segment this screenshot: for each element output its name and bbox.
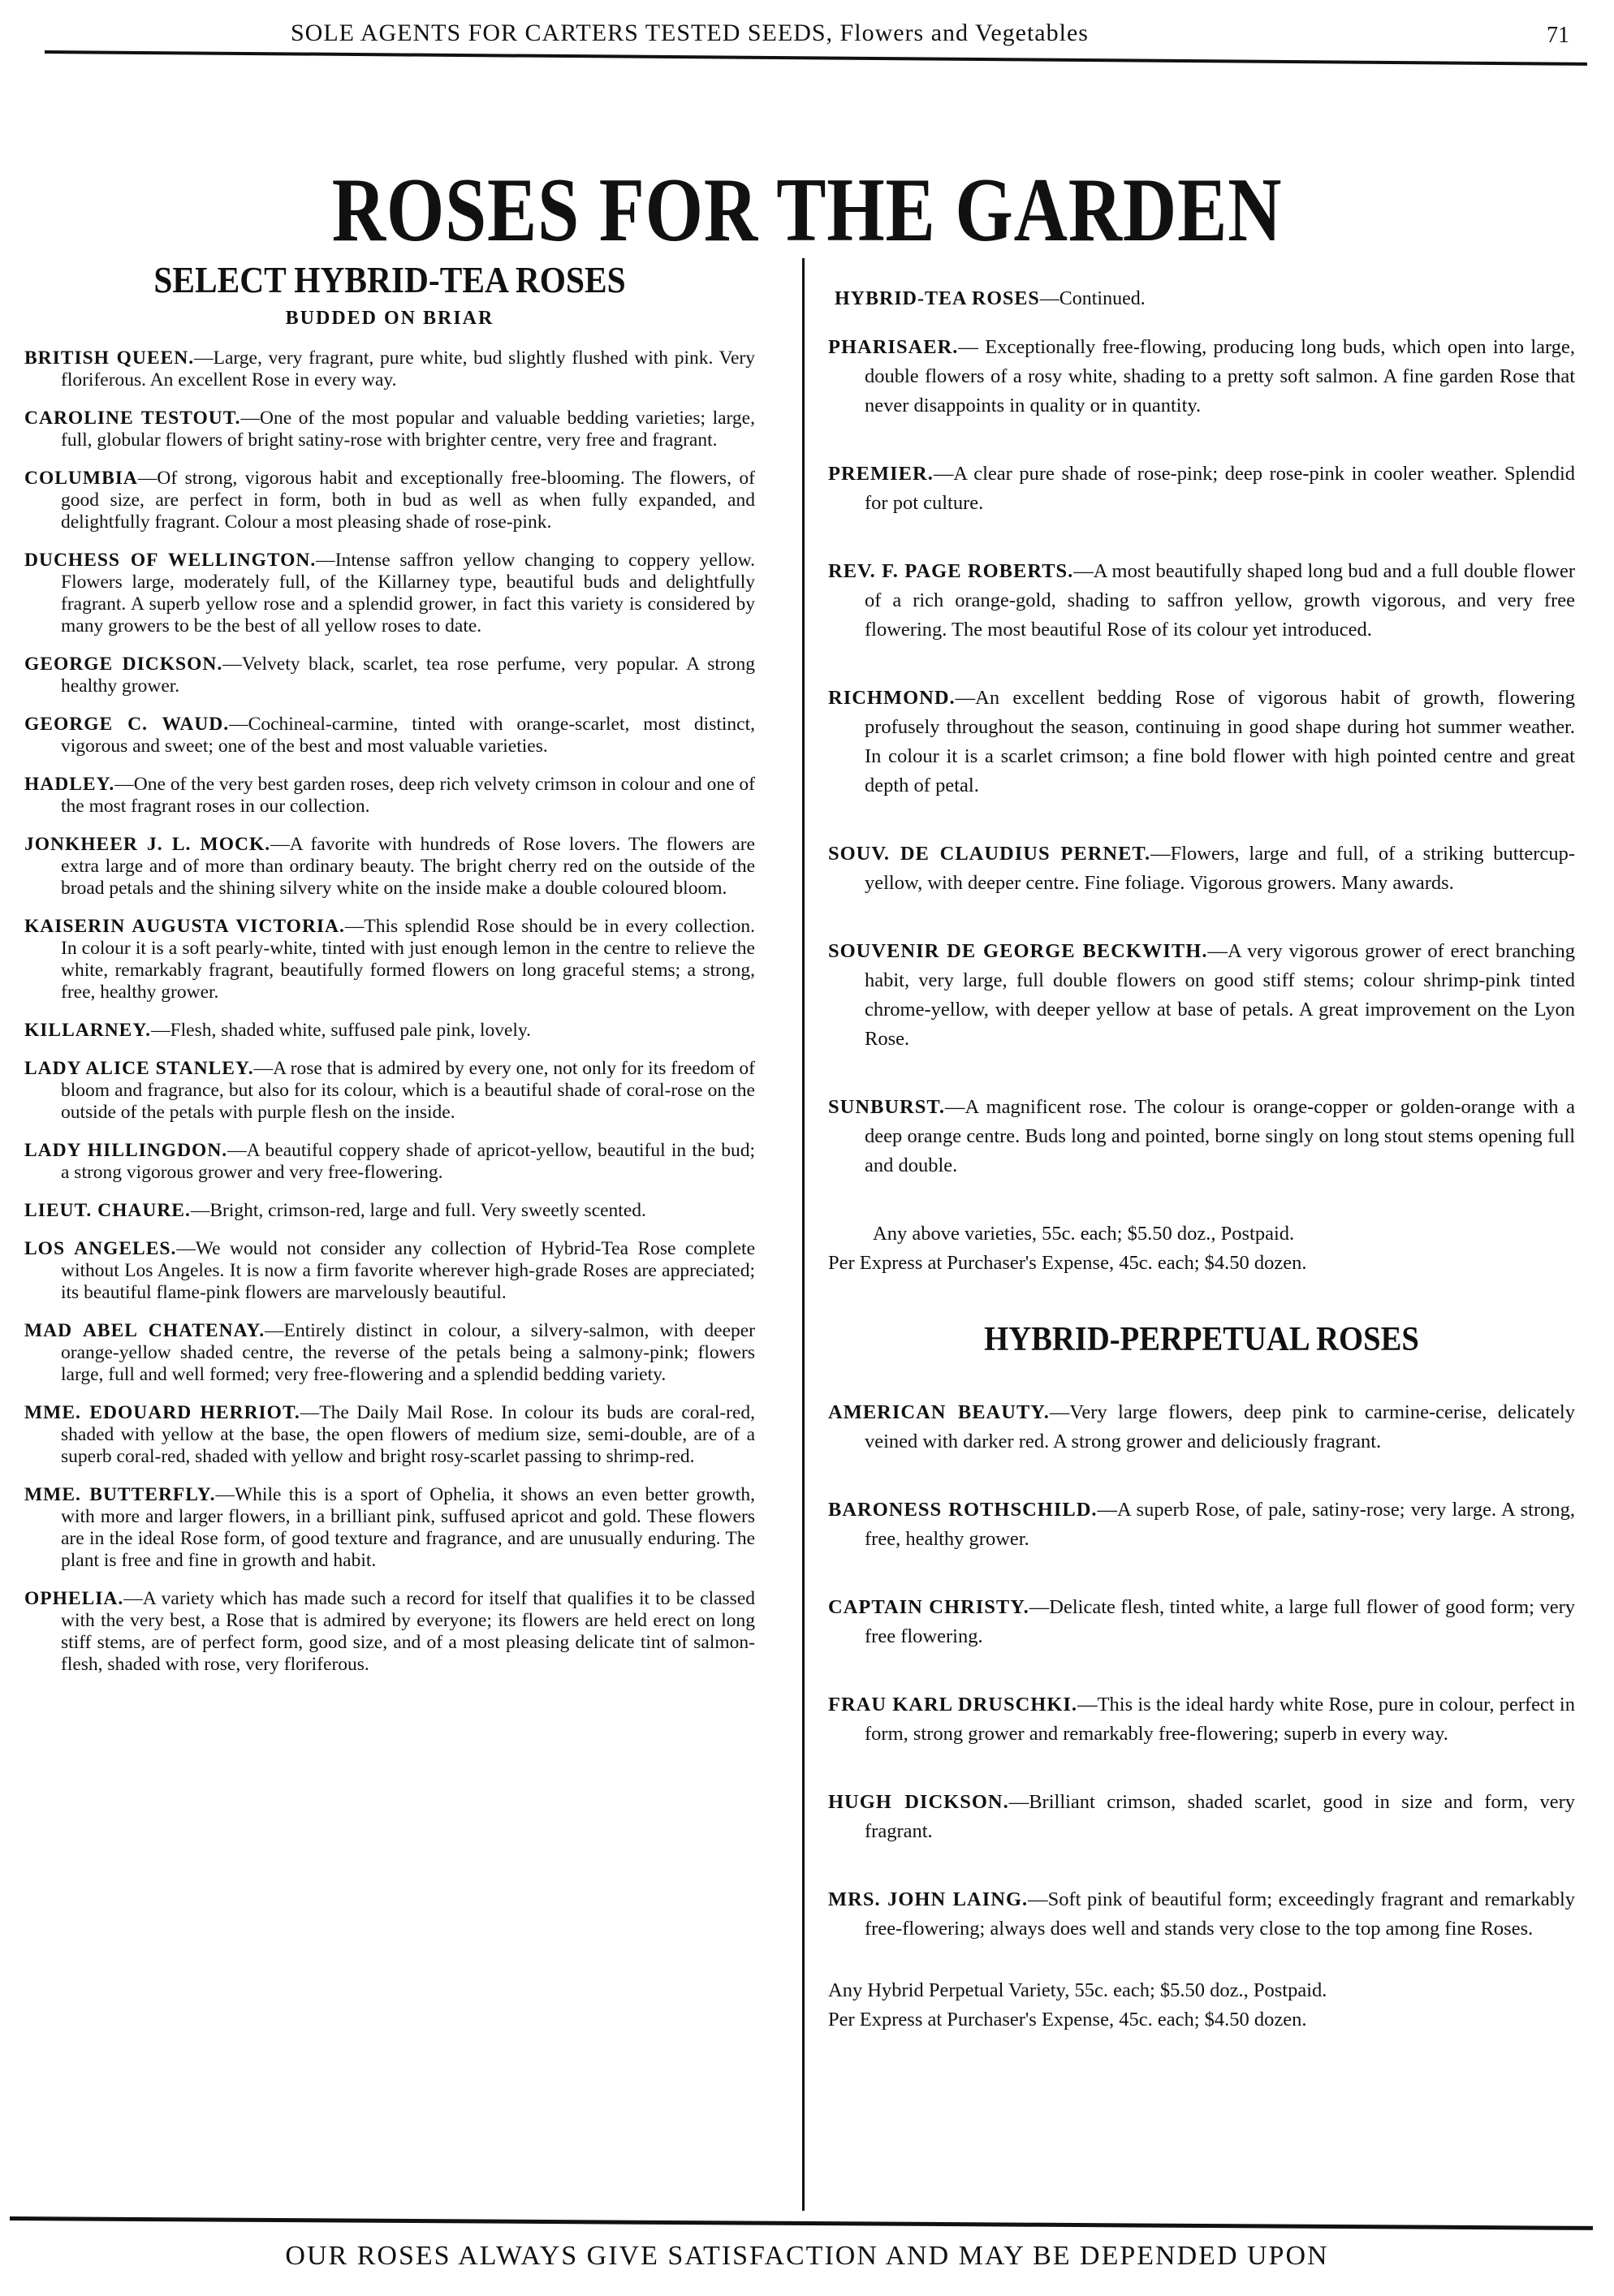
rose-entry: PREMIER.—A clear pure shade of rose-pink… <box>828 460 1575 518</box>
rose-name: CAROLINE TESTOUT. <box>24 408 241 429</box>
rose-name: PHARISAER. <box>828 336 958 358</box>
rose-name: CAPTAIN CHRISTY. <box>828 1596 1029 1618</box>
rose-description: —A clear pure shade of rose-pink; deep r… <box>865 463 1575 514</box>
rose-entry: LIEUT. CHAURE.—Bright, crimson-red, larg… <box>24 1200 755 1222</box>
continued-heading: HYBRID-TEA ROSES—Continued. <box>835 288 1575 310</box>
rose-name: COLUMBIA <box>24 468 138 489</box>
running-head-text: SOLE AGENTS FOR CARTERS TESTED SEEDS, Fl… <box>291 19 1089 47</box>
page-title: ROSES FOR THE GARDEN <box>145 165 1469 256</box>
rose-name: KAISERIN AUGUSTA VICTORIA. <box>24 916 345 937</box>
rose-entry: BRITISH QUEEN.—Large, very fragrant, pur… <box>24 347 755 391</box>
footer-rule <box>10 2216 1593 2230</box>
rose-name: LADY HILLINGDON. <box>24 1140 227 1161</box>
rose-name: RICHMOND. <box>828 687 956 709</box>
rose-name: JONKHEER J. L. MOCK. <box>24 834 270 855</box>
rose-entry: LADY HILLINGDON.—A beautiful coppery sha… <box>24 1140 755 1184</box>
price-line-postpaid: Any above varieties, 55c. each; $5.50 do… <box>828 1219 1575 1249</box>
rose-entry: SOUV. DE CLAUDIUS PERNET.—Flowers, large… <box>828 839 1575 898</box>
rose-name: AMERICAN BEAUTY. <box>828 1401 1050 1423</box>
rose-name: MME. BUTTERFLY. <box>24 1484 215 1505</box>
rose-entry: HADLEY.—One of the very best garden rose… <box>24 774 755 818</box>
rose-entry: HUGH DICKSON.—Brilliant crimson, shaded … <box>828 1788 1575 1846</box>
rose-entry: OPHELIA.—A variety which has made such a… <box>24 1588 755 1676</box>
rose-entry: MME. EDOUARD HERRIOT.—The Daily Mail Ros… <box>24 1402 755 1468</box>
hybrid-tea-price-note: Any above varieties, 55c. each; $5.50 do… <box>828 1219 1575 1278</box>
rose-name: HADLEY. <box>24 774 114 795</box>
rose-name: BARONESS ROTHSCHILD. <box>828 1499 1098 1521</box>
rose-name: PREMIER. <box>828 463 934 485</box>
rose-entry: REV. F. PAGE ROBERTS.—A most beautifully… <box>828 557 1575 645</box>
rose-name: KILLARNEY. <box>24 1020 151 1041</box>
rose-entry: FRAU KARL DRUSCHKI.—This is the ideal ha… <box>828 1690 1575 1749</box>
rose-name: SOUV. DE CLAUDIUS PERNET. <box>828 843 1150 865</box>
rose-name: HUGH DICKSON. <box>828 1791 1009 1813</box>
rose-entry: JONKHEER J. L. MOCK.—A favorite with hun… <box>24 834 755 900</box>
rose-name: SUNBURST. <box>828 1096 945 1118</box>
rose-name: BRITISH QUEEN. <box>24 347 194 369</box>
rose-name: OPHELIA. <box>24 1588 123 1609</box>
price-line-express: Per Express at Purchaser's Expense, 45c.… <box>828 1249 1575 1278</box>
rose-name: REV. F. PAGE ROBERTS. <box>828 560 1073 582</box>
rose-entry: BARONESS ROTHSCHILD.—A superb Rose, of p… <box>828 1495 1575 1554</box>
rose-entry: MAD ABEL CHATENAY.—Entirely distinct in … <box>24 1320 755 1386</box>
rose-entry: SUNBURST.—A magnificent rose. The colour… <box>828 1093 1575 1180</box>
rose-entry: LOS ANGELES.—We would not consider any c… <box>24 1238 755 1304</box>
rose-name: MRS. JOHN LAING. <box>828 1888 1028 1910</box>
rose-description: — Exceptionally free-flowing, producing … <box>865 336 1575 416</box>
rose-name: DUCHESS OF WELLINGTON. <box>24 550 316 571</box>
rose-name: GEORGE C. WAUD. <box>24 714 229 735</box>
rose-name: LADY ALICE STANLEY. <box>24 1058 254 1079</box>
rose-description: —A variety which has made such a record … <box>61 1588 755 1675</box>
rose-name: MME. EDOUARD HERRIOT. <box>24 1402 300 1423</box>
rose-entry: KILLARNEY.—Flesh, shaded white, suffused… <box>24 1020 755 1042</box>
rose-entry: CAROLINE TESTOUT.—One of the most popula… <box>24 408 755 451</box>
rose-description: —A magnificent rose. The colour is orang… <box>865 1096 1575 1176</box>
hybrid-perpetual-price-note: Any Hybrid Perpetual Variety, 55c. each;… <box>828 1976 1575 2035</box>
hybrid-tea-list: BRITISH QUEEN.—Large, very fragrant, pur… <box>24 347 755 1676</box>
right-column: HYBRID-TEA ROSES—Continued. PHARISAER.— … <box>828 252 1575 2035</box>
rose-name: LIEUT. CHAURE. <box>24 1200 191 1221</box>
continued-suffix: —Continued. <box>1040 288 1146 309</box>
rose-entry: DUCHESS OF WELLINGTON.—Intense saffron y… <box>24 550 755 637</box>
rose-name: SOUVENIR DE GEORGE BECKWITH. <box>828 940 1207 962</box>
section-title-hybrid-perpetual: HYBRID-PERPETUAL ROSES <box>858 1320 1545 1359</box>
rose-name: LOS ANGELES. <box>24 1238 176 1259</box>
page-number: 71 <box>1547 23 1569 49</box>
column-divider <box>802 258 805 2211</box>
rose-description: —Flesh, shaded white, suffused pale pink… <box>151 1020 531 1041</box>
rose-entry: PHARISAER.— Exceptionally free-flowing, … <box>828 333 1575 421</box>
price-line-postpaid: Any Hybrid Perpetual Variety, 55c. each;… <box>828 1976 1575 2005</box>
section-title-hybrid-tea: SELECT HYBRID-TEA ROSES <box>61 260 719 301</box>
rose-entry: MRS. JOHN LAING.—Soft pink of beautiful … <box>828 1885 1575 1944</box>
rose-entry: AMERICAN BEAUTY.—Very large flowers, dee… <box>828 1398 1575 1457</box>
hybrid-tea-continued-list: PHARISAER.— Exceptionally free-flowing, … <box>828 333 1575 1180</box>
footer-slogan: OUR ROSES ALWAYS GIVE SATISFACTION AND M… <box>0 2241 1614 2272</box>
left-column: SELECT HYBRID-TEA ROSES BUDDED ON BRIAR … <box>24 252 755 1692</box>
continued-label: HYBRID-TEA ROSES <box>835 288 1040 309</box>
rose-entry: LADY ALICE STANLEY.—A rose that is admir… <box>24 1058 755 1124</box>
rose-entry: GEORGE C. WAUD.—Cochineal-carmine, tinte… <box>24 714 755 757</box>
rose-name: FRAU KARL DRUSCHKI. <box>828 1694 1077 1716</box>
rose-entry: GEORGE DICKSON.—Velvety black, scarlet, … <box>24 654 755 697</box>
price-line-express: Per Express at Purchaser's Expense, 45c.… <box>828 2005 1575 2035</box>
section-subtitle: BUDDED ON BRIAR <box>24 308 755 330</box>
rose-entry: SOUVENIR DE GEORGE BECKWITH.—A very vigo… <box>828 937 1575 1054</box>
rose-entry: CAPTAIN CHRISTY.—Delicate flesh, tinted … <box>828 1593 1575 1651</box>
rose-entry: MME. BUTTERFLY.—While this is a sport of… <box>24 1484 755 1572</box>
rose-entry: COLUMBIA—Of strong, vigorous habit and e… <box>24 468 755 533</box>
rose-name: MAD ABEL CHATENAY. <box>24 1320 265 1341</box>
rose-description: —Of strong, vigorous habit and exception… <box>61 468 755 533</box>
rose-description: —Bright, crimson-red, large and full. Ve… <box>191 1200 646 1221</box>
rose-entry: KAISERIN AUGUSTA VICTORIA.—This splendid… <box>24 916 755 1003</box>
rose-entry: RICHMOND.—An excellent bedding Rose of v… <box>828 684 1575 801</box>
rose-description: —An excellent bedding Rose of vigorous h… <box>865 687 1575 796</box>
rose-description: —One of the very best garden roses, deep… <box>61 774 755 817</box>
hybrid-perpetual-list: AMERICAN BEAUTY.—Very large flowers, dee… <box>828 1398 1575 1944</box>
rose-name: GEORGE DICKSON. <box>24 654 222 675</box>
